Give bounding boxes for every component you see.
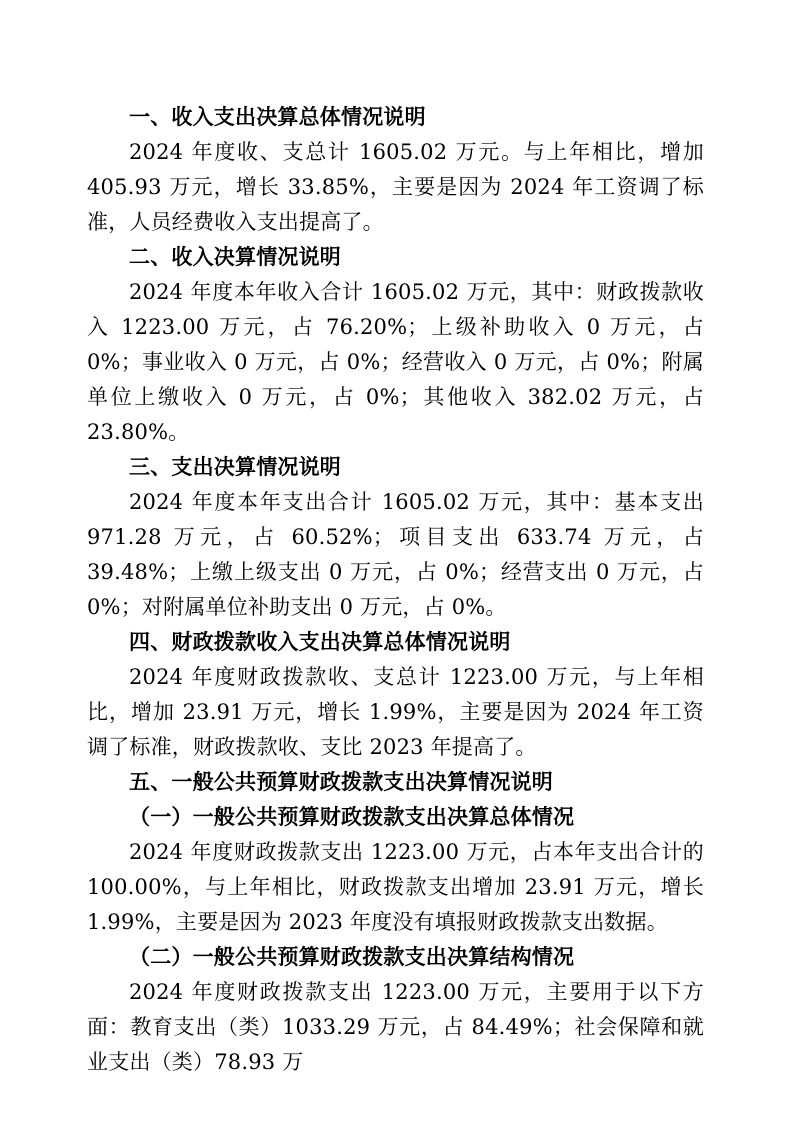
paragraph: 2024 年度本年支出合计 1605.02 万元，其中：基本支出 971.28 … [87, 485, 704, 625]
section-heading: 五、一般公共预算财政拨款支出决算情况说明 [87, 765, 704, 800]
paragraph: 2024 年度收、支总计 1605.02 万元。与上年相比，增加 405.93 … [87, 135, 704, 240]
paragraph: 2024 年度财政拨款收、支总计 1223.00 万元，与上年相比，增加 23.… [87, 660, 704, 765]
section-heading: 三、支出决算情况说明 [87, 450, 704, 485]
paragraph: 2024 年度财政拨款支出 1223.00 万元，占本年支出合计的 100.00… [87, 835, 704, 940]
document-body: 一、收入支出决算总体情况说明2024 年度收、支总计 1605.02 万元。与上… [87, 100, 704, 1080]
section-heading: （一）一般公共预算财政拨款支出决算总体情况 [87, 800, 704, 835]
section-heading: 二、收入决算情况说明 [87, 240, 704, 275]
section-heading: （二）一般公共预算财政拨款支出决算结构情况 [87, 940, 704, 975]
section-heading: 四、财政拨款收入支出决算总体情况说明 [87, 625, 704, 660]
paragraph: 2024 年度财政拨款支出 1223.00 万元，主要用于以下方面：教育支出（类… [87, 975, 704, 1080]
paragraph: 2024 年度本年收入合计 1605.02 万元，其中：财政拨款收入 1223.… [87, 275, 704, 450]
document-page: 一、收入支出决算总体情况说明2024 年度收、支总计 1605.02 万元。与上… [0, 0, 793, 1122]
section-heading: 一、收入支出决算总体情况说明 [87, 100, 704, 135]
